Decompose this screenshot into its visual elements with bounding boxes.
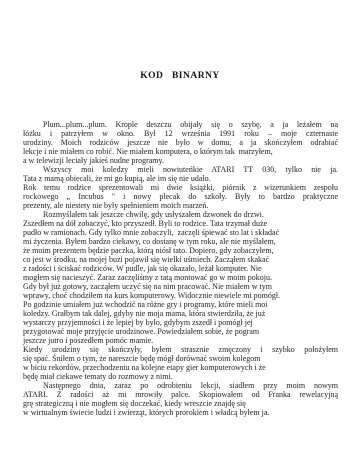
text-line: Rok temu rodzice sprezentowali mi dwie k… xyxy=(23,183,338,192)
text-line: się spać. Śniłem o tym, że nareszcie będ… xyxy=(23,354,338,363)
text-line: grę strategiczną i nie mogłem się doczek… xyxy=(23,399,338,408)
text-line: rockowego „ Incubus " i nowy plecak do s… xyxy=(23,192,338,201)
text-line: będę miał ciekawe tematy do rozmowy z ni… xyxy=(23,372,338,381)
document-page: KOD BINARNY Plum...plum...plum. Krople d… xyxy=(0,0,360,466)
text-line: Gdy był już gotowy, zacząłem uczyć się n… xyxy=(23,282,338,291)
document-body: Plum...plum...plum. Krople deszczu obija… xyxy=(23,120,338,417)
document-title: KOD BINARNY xyxy=(0,71,360,82)
text-line: mi życzenia. Byłem bardzo ciekawy, co do… xyxy=(23,237,338,246)
text-line: mogłem się nacieszyć. Zaraz zaczęliśmy z… xyxy=(23,273,338,282)
text-line: co jest w środku, na mojej buzi pojawił … xyxy=(23,255,338,264)
text-line: Rozmyślałem tak jeszcze chwilę, gdy usły… xyxy=(23,210,338,219)
text-line: Wszyscy moi koledzy mieli nowiuteńkie AT… xyxy=(23,165,338,174)
text-line: z radości i ściskać rodziców. W pudle, j… xyxy=(23,264,338,273)
text-line: Kiedy urodziny się skończyły, byłem stra… xyxy=(23,345,338,354)
text-line: w biciu rekordów, przechodzeniu na kolej… xyxy=(23,363,338,372)
text-line: prezenty, ale niestety nie były spełnien… xyxy=(23,201,338,210)
text-line: wystarczy przyjemności i że lepiej by by… xyxy=(23,318,338,327)
text-line: że moim prezentem będzie paczka, którą n… xyxy=(23,246,338,255)
text-line: koledzy. Grałbym tak dalej, gdyby nie mo… xyxy=(23,309,338,318)
text-line: ATARI. Z radości aż mi mrowiły palce. Sk… xyxy=(23,390,338,399)
text-line: jeszcze jutro i poszedłem pomóc mamie. xyxy=(23,336,338,345)
text-line: pudło w ramionach. Gdy tylko mnie zobacz… xyxy=(23,228,338,237)
text-line: a w telewizji leciały jakieś nudne progr… xyxy=(23,156,338,165)
text-line: Po godzinie umiałem już wchodzić na różn… xyxy=(23,300,338,309)
text-line: Tata z mamą obiecali, że mi go kupią, al… xyxy=(23,174,338,183)
text-line: wprawy, choć chodziłem na kurs komputero… xyxy=(23,291,338,300)
text-line: urodziny. Moich rodziców jeszcze nie był… xyxy=(23,138,338,147)
text-line: Zszedłem na dół zobaczyć, kto przyszedł.… xyxy=(23,219,338,228)
text-line: Następnego dnia, zaraz po odrobieniu lek… xyxy=(23,381,338,390)
text-line: w wirtualnym świecie ludzi i zwierząt, k… xyxy=(23,408,338,417)
text-line: Plum...plum...plum. Krople deszczu obija… xyxy=(23,120,338,129)
text-line: przygotować moje przyjęcie urodzinowe. P… xyxy=(23,327,338,336)
text-line: lekcje i nie miałem co robić. Nie miałem… xyxy=(23,147,338,156)
text-line: łóżku i patrzyłem w okno. Był 12 wrześni… xyxy=(23,129,338,138)
